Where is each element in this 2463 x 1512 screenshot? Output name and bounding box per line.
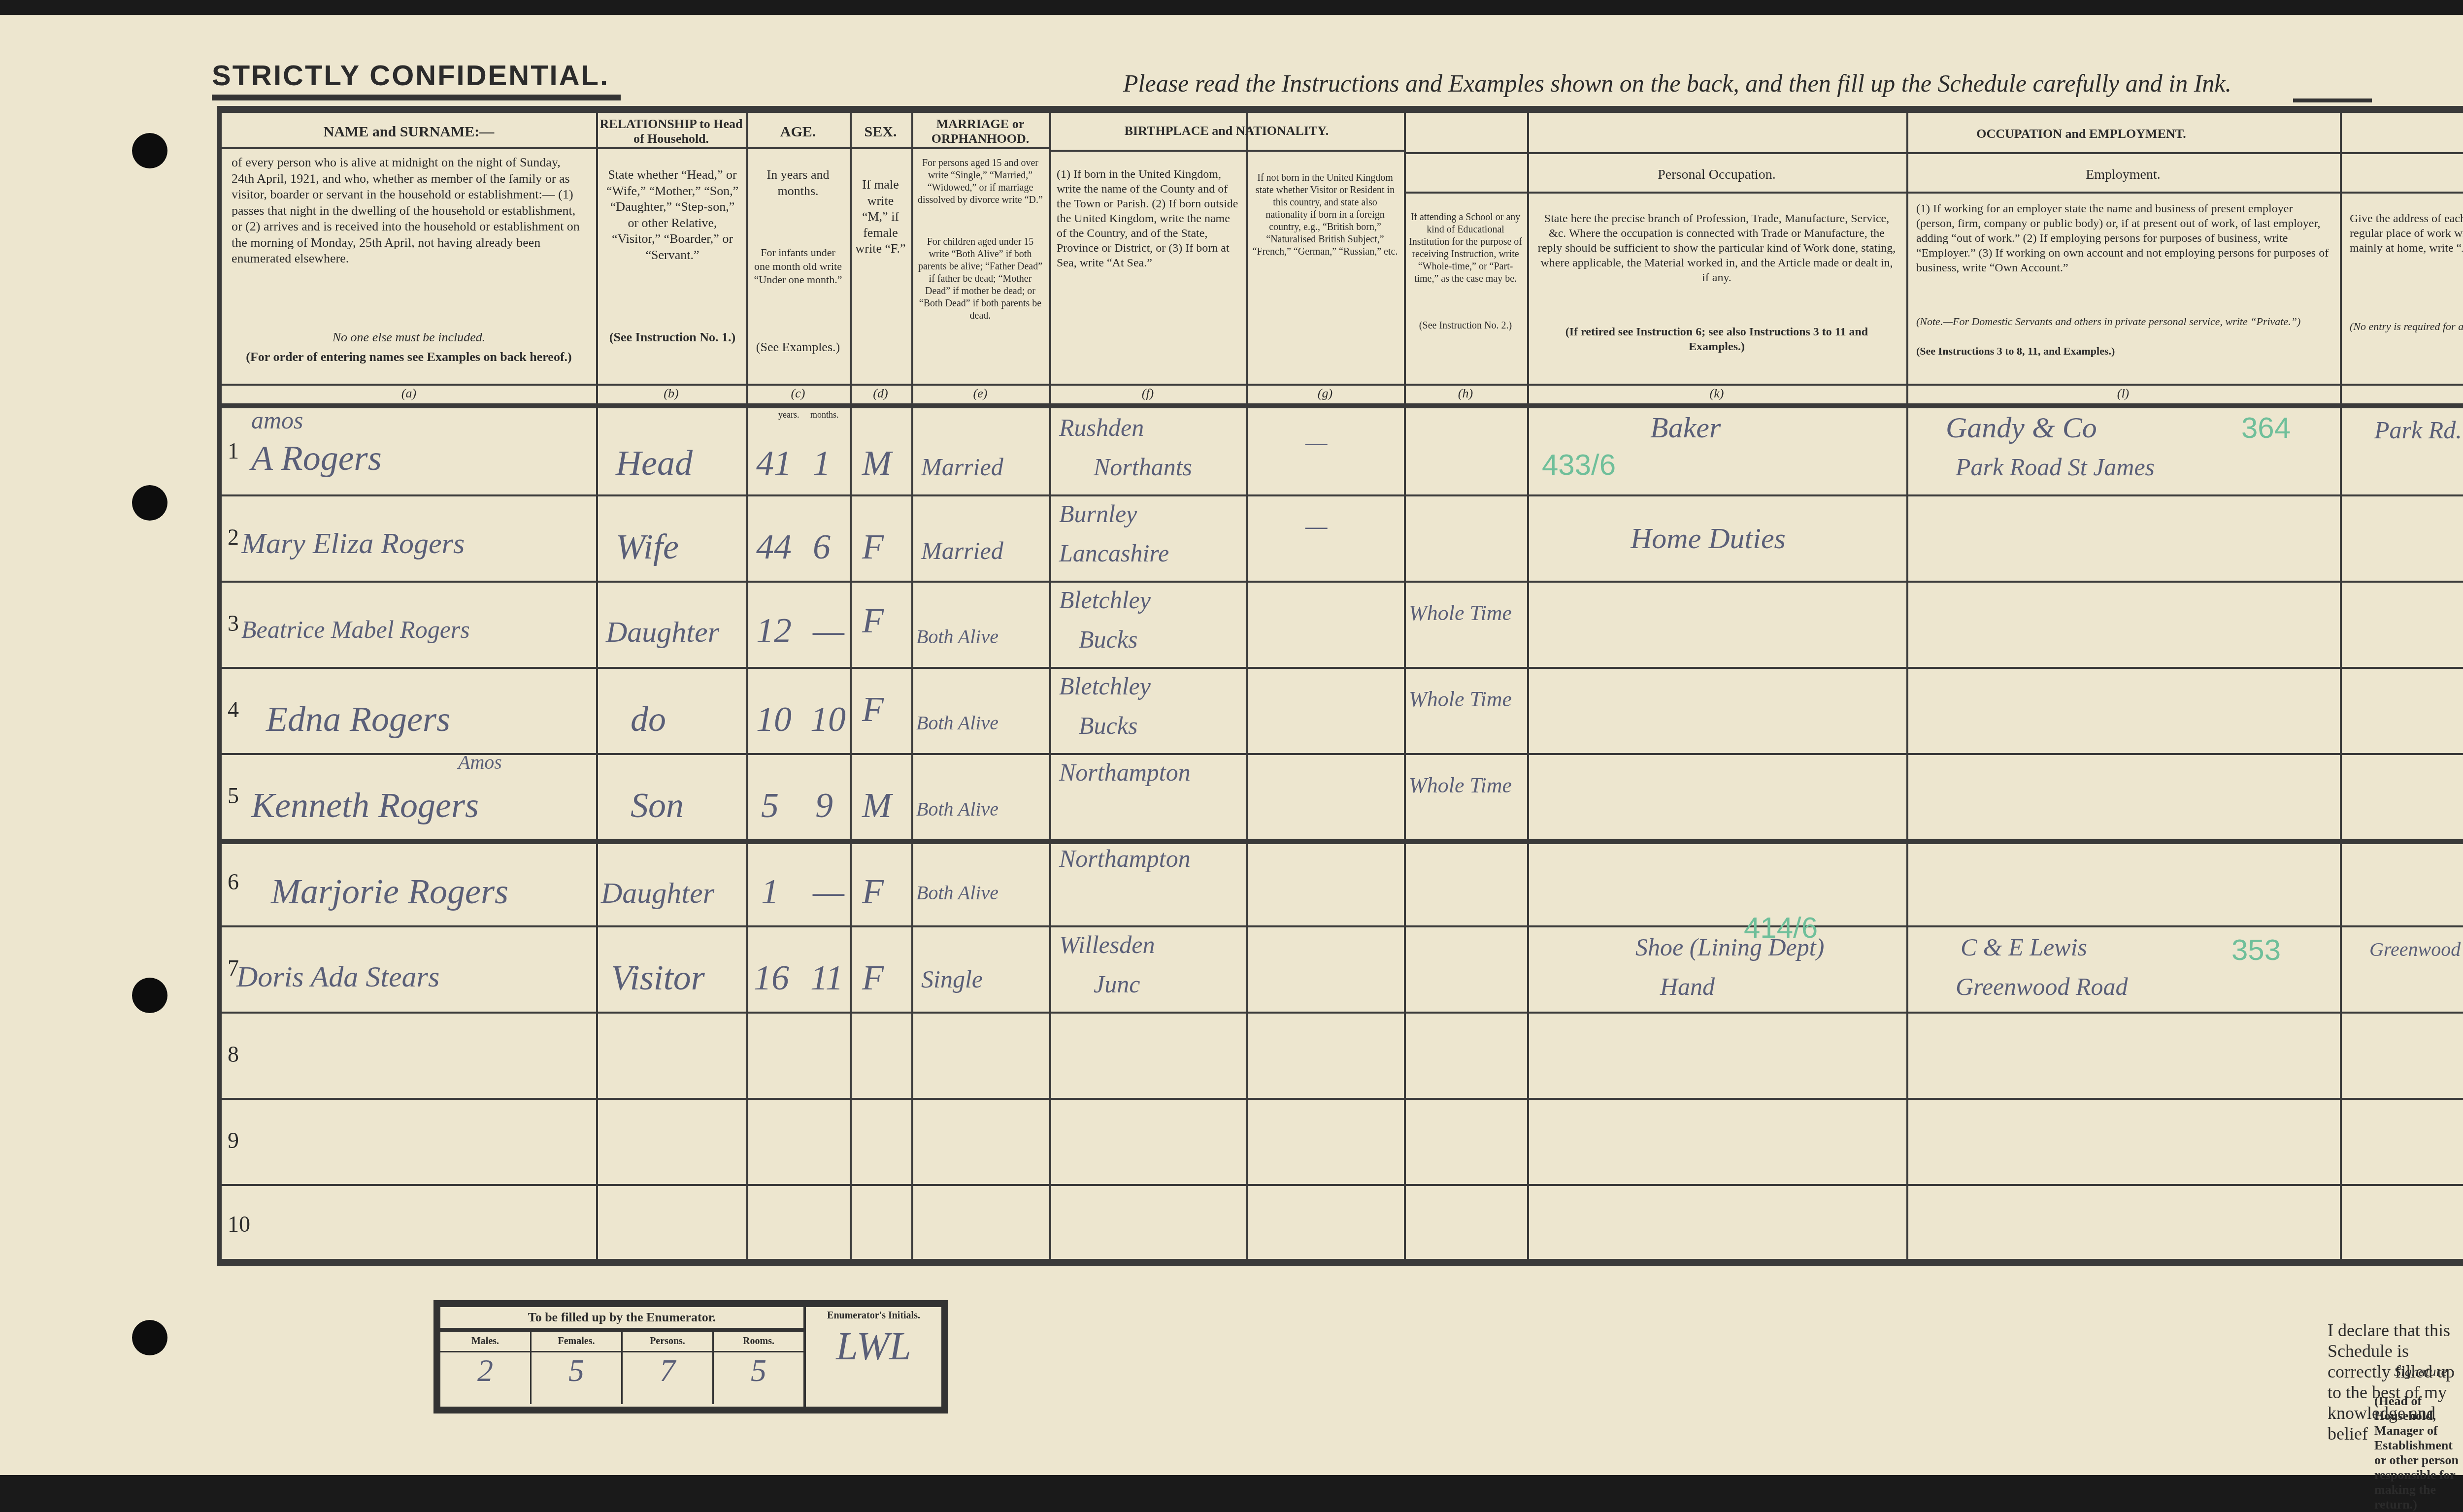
birthplace-town[interactable]: Bletchley bbox=[1059, 586, 1151, 614]
age-years[interactable]: 1 bbox=[761, 871, 779, 912]
name-annotation: Amos bbox=[458, 751, 502, 774]
punch-hole bbox=[132, 133, 167, 168]
occupation-code: 433/6 bbox=[1542, 448, 1616, 482]
row-rule bbox=[222, 1184, 2463, 1186]
col-b-footer: (See Instruction No. 1.) bbox=[606, 329, 739, 346]
row-number: 1 bbox=[228, 438, 239, 464]
sex[interactable]: F bbox=[862, 871, 884, 912]
punch-hole bbox=[132, 1320, 167, 1355]
birthplace-county[interactable]: Junc bbox=[1094, 970, 1140, 998]
col-m-title: Place of Work. bbox=[2340, 167, 2463, 183]
birthplace-town[interactable]: Rushden bbox=[1059, 413, 1144, 442]
birthplace-town[interactable]: Northampton bbox=[1059, 844, 1191, 873]
punch-hole bbox=[132, 485, 167, 521]
col-letter: (k) bbox=[1527, 386, 1906, 401]
col-letter: (d) bbox=[850, 386, 911, 401]
education[interactable]: Whole Time bbox=[1409, 773, 1522, 798]
row-number: 6 bbox=[228, 869, 239, 895]
row-number: 9 bbox=[228, 1127, 239, 1153]
col-a-footer: (For order of entering names see Example… bbox=[232, 349, 586, 365]
age-years[interactable]: 16 bbox=[754, 957, 789, 998]
relationship[interactable]: Visitor bbox=[611, 957, 705, 998]
row-number: 2 bbox=[228, 524, 239, 550]
age-months-subhead: months. bbox=[810, 410, 839, 420]
age-months[interactable]: 11 bbox=[810, 957, 843, 998]
row-number: 5 bbox=[228, 783, 239, 809]
age-years-subhead: years. bbox=[778, 410, 799, 420]
col-k-instructions: State here the precise branch of Profess… bbox=[1537, 211, 1897, 285]
relationship[interactable]: Daughter bbox=[601, 876, 714, 910]
col-e-note: For children aged under 15 write “Both A… bbox=[916, 236, 1044, 322]
marriage-status[interactable]: Married bbox=[921, 536, 1003, 565]
initials-label: Enumerator's Initials. bbox=[806, 1307, 941, 1324]
age-months[interactable]: — bbox=[813, 871, 844, 912]
col-k-title: Personal Occupation. bbox=[1527, 167, 1906, 183]
punch-hole bbox=[132, 978, 167, 1013]
row-rule bbox=[222, 753, 2463, 755]
col-c-instructions: In years and months. bbox=[754, 167, 842, 199]
row-rule bbox=[222, 581, 2463, 583]
age-months[interactable]: 9 bbox=[815, 785, 833, 826]
row-number: 4 bbox=[228, 696, 239, 723]
col-d-title: SEX. bbox=[850, 124, 911, 140]
persons-label: Persons. bbox=[621, 1332, 712, 1352]
age-months[interactable]: — bbox=[813, 610, 844, 651]
col-l-title: Employment. bbox=[1906, 167, 2340, 183]
col-c-title: AGE. bbox=[746, 124, 850, 140]
person-name[interactable]: A Rogers bbox=[251, 438, 382, 479]
age-months[interactable]: 10 bbox=[810, 699, 846, 740]
employer[interactable]: Gandy & Co bbox=[1946, 411, 2097, 445]
row-number: 10 bbox=[228, 1211, 250, 1237]
occupation[interactable]: Baker bbox=[1650, 411, 1721, 445]
person-name[interactable]: Beatrice Mabel Rogers bbox=[241, 615, 470, 644]
col-divider bbox=[1906, 113, 1908, 1259]
name-annotation: amos bbox=[251, 406, 303, 434]
marriage-status[interactable]: Both Alive bbox=[916, 625, 999, 648]
birthplace-county[interactable]: Bucks bbox=[1079, 711, 1137, 740]
col-l-note: (Note.—For Domestic Servants and others … bbox=[1916, 315, 2330, 329]
birthplace-county[interactable]: Lancashire bbox=[1059, 539, 1169, 567]
rooms-label: Rooms. bbox=[712, 1332, 803, 1352]
relationship[interactable]: Son bbox=[631, 785, 684, 826]
col-c-note: For infants under one month old write “U… bbox=[754, 246, 842, 287]
place-of-work[interactable]: Greenwood Rd. bbox=[2369, 938, 2463, 961]
sex[interactable]: F bbox=[862, 600, 884, 641]
col-a-instructions: of every person who is alive at midnight… bbox=[232, 155, 586, 267]
col-letter: (m) bbox=[2340, 386, 2463, 401]
col-letter: (c) bbox=[746, 386, 850, 401]
col-m-note: (No entry is required for any person who… bbox=[2350, 320, 2463, 333]
col-divider bbox=[596, 113, 598, 1259]
row-rule bbox=[222, 925, 2463, 927]
birthplace-title: BIRTHPLACE and NATIONALITY. bbox=[1049, 124, 1404, 138]
ink-underline bbox=[2293, 99, 2372, 102]
marriage-status[interactable]: Both Alive bbox=[916, 881, 999, 904]
row-rule bbox=[222, 494, 2463, 496]
row-rule bbox=[222, 1098, 2463, 1100]
person-name[interactable]: Edna Rogers bbox=[266, 699, 450, 740]
col-divider bbox=[1527, 113, 1529, 1259]
marriage-status[interactable]: Both Alive bbox=[916, 711, 999, 734]
signature-label: Signature bbox=[2394, 1364, 2447, 1380]
header-rule bbox=[1404, 192, 2463, 194]
relationship[interactable]: Daughter bbox=[606, 615, 719, 649]
birthplace-county[interactable]: Bucks bbox=[1079, 625, 1137, 654]
nationality[interactable]: — bbox=[1305, 512, 1327, 540]
birthplace-town[interactable]: Northampton bbox=[1059, 758, 1191, 787]
relationship[interactable]: Head bbox=[616, 443, 693, 484]
relationship[interactable]: do bbox=[631, 699, 666, 740]
col-divider bbox=[1049, 113, 1051, 1259]
col-letter: (a) bbox=[222, 386, 596, 401]
col-d-instructions: If male write “M,” if female write “F.” bbox=[855, 177, 906, 257]
employer[interactable]: C & E Lewis bbox=[1961, 933, 2087, 961]
sex[interactable]: F bbox=[862, 689, 884, 730]
header-rule bbox=[1049, 150, 1404, 152]
employer-address[interactable]: Greenwood Road bbox=[1956, 972, 2128, 1001]
enumerator-box-title: To be filled up by the Enumerator. bbox=[440, 1307, 803, 1332]
females-count[interactable]: 5 bbox=[530, 1352, 621, 1404]
sex[interactable]: M bbox=[862, 443, 892, 484]
instructions-line: Please read the Instructions and Example… bbox=[1123, 69, 2231, 98]
schedule-table: NAME and SURNAME:— RELATIONSHIP to Head … bbox=[217, 106, 2463, 1266]
occupation[interactable]: Shoe (Lining Dept) bbox=[1635, 933, 1824, 961]
marriage-status[interactable]: Married bbox=[921, 453, 1003, 481]
col-letter: (e) bbox=[911, 386, 1049, 401]
age-years[interactable]: 41 bbox=[756, 443, 792, 484]
place-of-work[interactable]: Park Rd. Northampton bbox=[2374, 416, 2463, 444]
row-rule bbox=[222, 839, 2463, 844]
person-name[interactable]: Doris Ada Stears bbox=[236, 960, 439, 994]
signature-note: (Head of Household, Manager of Establish… bbox=[2374, 1394, 2463, 1475]
col-letter: (f) bbox=[1049, 386, 1246, 401]
females-label: Females. bbox=[530, 1332, 621, 1352]
col-h-footer: (See Instruction No. 2.) bbox=[1409, 320, 1522, 332]
education[interactable]: Whole Time bbox=[1409, 687, 1522, 712]
nationality[interactable]: — bbox=[1305, 428, 1327, 457]
sex[interactable]: F bbox=[862, 957, 884, 998]
birthplace-town[interactable]: Bletchley bbox=[1059, 672, 1151, 700]
col-b-title: RELATIONSHIP to Head of Household. bbox=[596, 117, 746, 146]
col-g-instructions: If not born in the United Kingdom state … bbox=[1251, 172, 1399, 258]
employer-address[interactable]: Park Road St James bbox=[1956, 453, 2155, 481]
col-e-instructions: For persons aged 15 and over write “Sing… bbox=[916, 157, 1044, 206]
col-letter: (b) bbox=[596, 386, 746, 401]
age-months[interactable]: 1 bbox=[813, 443, 831, 484]
person-name[interactable]: Marjorie Rogers bbox=[271, 871, 508, 912]
sex[interactable]: F bbox=[862, 526, 884, 567]
col-divider bbox=[2340, 113, 2342, 1259]
marriage-status[interactable]: Both Alive bbox=[916, 797, 999, 821]
age-years[interactable]: 10 bbox=[756, 699, 792, 740]
birthplace-town[interactable]: Burnley bbox=[1059, 499, 1137, 528]
employer-code: 353 bbox=[2231, 933, 2281, 967]
heading-underline bbox=[212, 95, 621, 100]
col-letter: (h) bbox=[1404, 386, 1527, 401]
occupation-line-2[interactable]: Hand bbox=[1660, 972, 1715, 1001]
enumerator-summary-box: To be filled up by the Enumerator. Males… bbox=[433, 1300, 948, 1413]
age-years[interactable]: 12 bbox=[756, 610, 792, 651]
col-divider bbox=[850, 113, 852, 1259]
col-letter: (l) bbox=[1906, 386, 2340, 401]
col-a-title: NAME and SURNAME:— bbox=[222, 124, 596, 140]
col-divider bbox=[746, 113, 748, 1259]
sex[interactable]: M bbox=[862, 785, 892, 826]
col-divider bbox=[911, 113, 913, 1259]
marriage-status[interactable]: Single bbox=[921, 965, 983, 993]
row-number: 8 bbox=[228, 1041, 239, 1067]
education[interactable]: Whole Time bbox=[1409, 600, 1522, 625]
age-months[interactable]: 6 bbox=[813, 526, 831, 567]
males-count[interactable]: 2 bbox=[440, 1352, 530, 1404]
person-name[interactable]: Kenneth Rogers bbox=[251, 785, 479, 826]
row-rule bbox=[222, 667, 2463, 669]
col-m-instructions: Give the address of each person’s place … bbox=[2350, 211, 2463, 256]
row-rule bbox=[222, 1012, 2463, 1014]
males-label: Males. bbox=[440, 1332, 530, 1352]
confidential-heading: STRICTLY CONFIDENTIAL. bbox=[212, 59, 609, 92]
row-number: 3 bbox=[228, 610, 239, 636]
col-f-instructions: (1) If born in the United Kingdom, write… bbox=[1057, 167, 1239, 270]
birthplace-town[interactable]: Willesden bbox=[1059, 930, 1155, 959]
col-l-instructions: (1) If working for an employer state the… bbox=[1916, 201, 2330, 275]
col-divider bbox=[1404, 113, 1406, 1259]
age-years[interactable]: 5 bbox=[761, 785, 779, 826]
occupation-title: OCCUPATION and EMPLOYMENT. bbox=[1404, 127, 2463, 141]
col-b-instructions: State whether “Head,” or “Wife,” “Mother… bbox=[606, 167, 739, 263]
employer-code: 364 bbox=[2241, 411, 2291, 445]
enumerator-initials[interactable]: LWL bbox=[806, 1324, 941, 1369]
header-rule bbox=[1404, 152, 2463, 154]
header-bottom-rule bbox=[222, 403, 2463, 408]
col-letter: (g) bbox=[1246, 386, 1404, 401]
col-k-footer: (If retired see Instruction 6; see also … bbox=[1537, 325, 1897, 354]
col-c-footer: (See Examples.) bbox=[754, 339, 842, 356]
occupation[interactable]: Home Duties bbox=[1631, 522, 1786, 556]
letters-rule bbox=[222, 384, 2463, 386]
col-l-footer: (See Instructions 3 to 8, 11, and Exampl… bbox=[1916, 344, 2330, 358]
age-years[interactable]: 44 bbox=[756, 526, 792, 567]
rooms-count[interactable]: 5 bbox=[712, 1352, 803, 1404]
birthplace-county[interactable]: Northants bbox=[1094, 453, 1192, 481]
col-h-instructions: If attending a School or any kind of Edu… bbox=[1409, 211, 1522, 285]
relationship[interactable]: Wife bbox=[616, 526, 679, 567]
person-name[interactable]: Mary Eliza Rogers bbox=[241, 526, 465, 560]
col-a-note: No one else must be included. bbox=[232, 329, 586, 346]
persons-count[interactable]: 7 bbox=[621, 1352, 712, 1404]
col-divider bbox=[1246, 113, 1248, 1259]
col-e-title: MARRIAGE or ORPHANHOOD. bbox=[911, 117, 1049, 146]
header-rule bbox=[222, 147, 1049, 149]
